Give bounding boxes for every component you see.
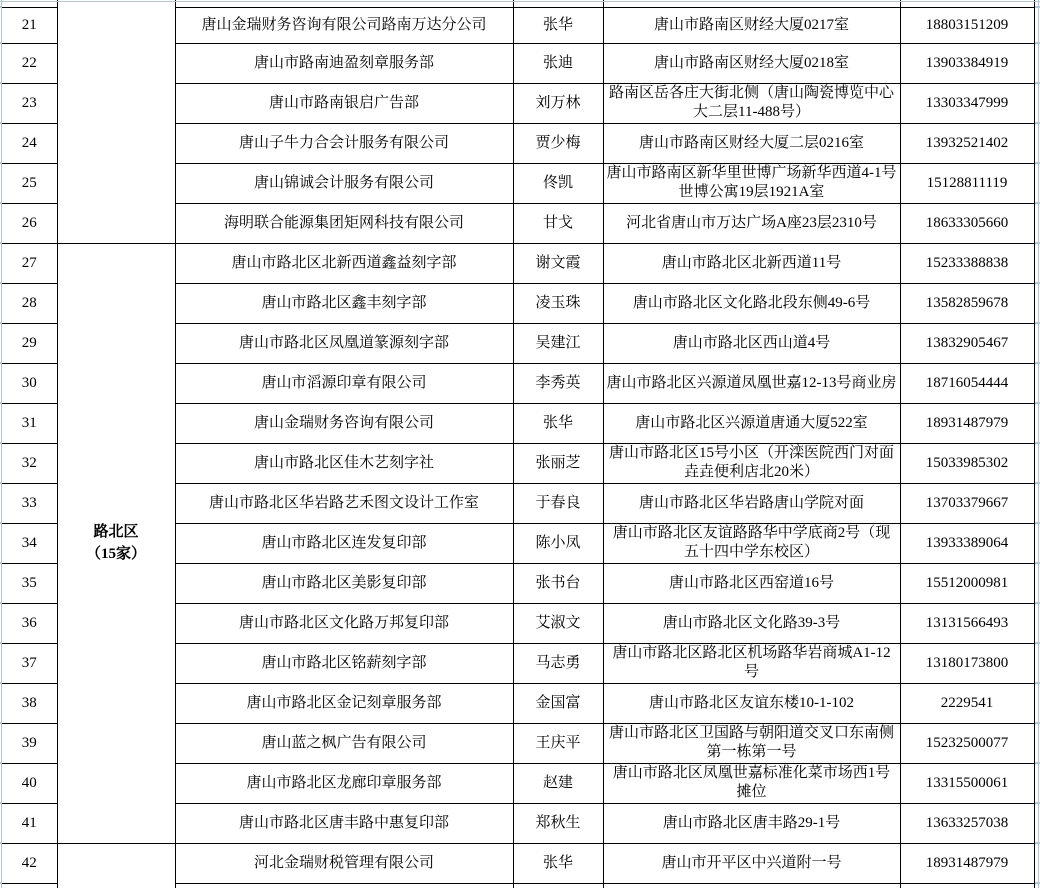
sheet-gridline-stub <box>1035 242 1040 244</box>
sheet-gridline-stub <box>1035 162 1040 164</box>
contact-name-cell: 贾少梅 <box>513 123 603 163</box>
phone-number-cell: 15128811119 <box>900 163 1034 203</box>
sheet-gridline-stub <box>1035 882 1040 884</box>
address-cell: 唐山市路北区15号小区（开滦医院西门对面垚垚便利店北20米） <box>603 443 900 483</box>
company-name-cell: 唐山市路南银启广告部 <box>175 83 513 123</box>
sheet-gridline-stub <box>0 642 2 644</box>
row-number-cell: 42 <box>2 843 57 883</box>
sheet-gridline-stub <box>1035 442 1040 444</box>
address-cell: 唐山市路北区文化路北段东侧49-6号 <box>603 283 900 323</box>
company-name-cell: 唐山市路北区佳木艺刻字社 <box>175 443 513 483</box>
district-merged-cell <box>57 843 175 888</box>
sheet-gridline-stub <box>0 562 2 564</box>
row-number-cell <box>2 883 57 888</box>
company-name-cell: 唐山金瑞财务咨询有限公司 <box>175 403 513 443</box>
company-cell <box>175 883 513 888</box>
phone-number-cell: 15232500077 <box>900 723 1034 763</box>
row-number-cell: 37 <box>2 643 57 683</box>
sheet-gridline-stub <box>1035 762 1040 764</box>
sheet-gridline-stub <box>0 802 2 804</box>
sheet-gridline-stub <box>1035 362 1040 364</box>
company-name-cell: 唐山市路北区连发复印部 <box>175 523 513 563</box>
sheet-gridline-stub <box>1035 6 1040 8</box>
phone-number-cell: 15512000981 <box>900 563 1034 603</box>
contact-name-cell: 赵建 <box>513 763 603 803</box>
phone-number-cell: 13932521402 <box>900 123 1034 163</box>
company-name-cell: 唐山市路北区龙廊印章服务部 <box>175 763 513 803</box>
contact-name-cell: 于春良 <box>513 483 603 523</box>
district-label-line2: （15家） <box>60 543 173 565</box>
address-cell: 唐山市路北区兴源道唐通大厦522室 <box>603 403 900 443</box>
district-merged-cell: 路北区（15家） <box>57 243 175 843</box>
contact-name-cell: 张书台 <box>513 563 603 603</box>
address-cell: 唐山市路北区兴源道凤凰世嘉12-13号商业房 <box>603 363 900 403</box>
address-cell: 路南区岳各庄大街北侧（唐山陶瓷博览中心大二层11-488号） <box>603 83 900 123</box>
row-number-cell: 36 <box>2 603 57 643</box>
sheet-gridline-stub <box>0 482 2 484</box>
sheet-gridline-stub <box>1035 402 1040 404</box>
row-number-cell: 40 <box>2 763 57 803</box>
sheet-gridline-stub <box>1035 482 1040 484</box>
spreadsheet-sheet: 21唐山金瑞财务咨询有限公司路南万达分公司张华唐山市路南区财经大厦0217室18… <box>0 0 1040 888</box>
company-name-cell: 河北金瑞财税管理有限公司 <box>175 843 513 883</box>
address-cell: 唐山市路北区友谊路路华中学底商2号（现五十四中学东校区） <box>603 523 900 563</box>
contact-name-cell: 甘戈 <box>513 203 603 243</box>
contact-name-cell: 李秀英 <box>513 363 603 403</box>
phone-number-cell: 13933389064 <box>900 523 1034 563</box>
address-cell: 唐山市路北区友谊东楼10-1-102 <box>603 683 900 723</box>
phone-number-cell: 2229541 <box>900 683 1034 723</box>
sheet-gridline-stub <box>0 842 2 844</box>
sheet-gridline-stub <box>1035 842 1040 844</box>
sheet-gridline-stub <box>0 42 2 44</box>
contact-cell <box>513 883 603 888</box>
company-name-cell: 唐山市路北区铭薪刻字部 <box>175 643 513 683</box>
table-row: 27路北区（15家）唐山市路北区北新西道鑫益刻字部谢文霞唐山市路北区北新西道11… <box>2 243 1034 283</box>
phone-number-cell: 13832905467 <box>900 323 1034 363</box>
contact-name-cell: 张丽芝 <box>513 443 603 483</box>
company-name-cell: 唐山子牛力合会计服务有限公司 <box>175 123 513 163</box>
contact-name-cell: 马志勇 <box>513 643 603 683</box>
sheet-gridline-stub <box>1035 722 1040 724</box>
phone-number-cell: 18716054444 <box>900 363 1034 403</box>
address-cell: 唐山市路南区财经大厦0218室 <box>603 43 900 83</box>
address-cell <box>603 883 900 888</box>
sheet-gridline-stub <box>0 242 2 244</box>
sheet-gridline-stub <box>0 322 2 324</box>
row-number-cell: 38 <box>2 683 57 723</box>
address-cell: 唐山市路北区路北区机场路华岩商城A1-12号 <box>603 643 900 683</box>
contact-name-cell: 张华 <box>513 403 603 443</box>
contact-name-cell: 张华 <box>513 843 603 883</box>
sheet-gridline-stub <box>0 602 2 604</box>
sheet-gridline-stub <box>0 682 2 684</box>
row-number-cell: 28 <box>2 283 57 323</box>
company-name-cell: 唐山市路北区文化路万邦复印部 <box>175 603 513 643</box>
contact-name-cell: 陈小凤 <box>513 523 603 563</box>
phone-number-cell: 18633305660 <box>900 203 1034 243</box>
contact-name-cell: 谢文霞 <box>513 243 603 283</box>
address-cell: 唐山市路北区文化路39-3号 <box>603 603 900 643</box>
business-registry-table: 21唐山金瑞财务咨询有限公司路南万达分公司张华唐山市路南区财经大厦0217室18… <box>2 0 1035 888</box>
sheet-gridline-stub <box>1035 82 1040 84</box>
phone-number-cell: 13131566493 <box>900 603 1034 643</box>
company-name-cell: 唐山蓝之枫广告有限公司 <box>175 723 513 763</box>
company-name-cell: 唐山金瑞财务咨询有限公司路南万达分公司 <box>175 7 513 43</box>
contact-name-cell: 凌玉珠 <box>513 283 603 323</box>
address-cell: 唐山市路北区凤凰世嘉标准化菜市场西1号摊位 <box>603 763 900 803</box>
company-name-cell: 唐山市路北区美影复印部 <box>175 563 513 603</box>
table-row: 42河北金瑞财税管理有限公司张华唐山市开平区中兴道附一号18931487979 <box>2 843 1034 883</box>
phone-number-cell: 18803151209 <box>900 7 1034 43</box>
sheet-gridline-stub <box>1035 122 1040 124</box>
sheet-gridline-right <box>1038 0 1039 888</box>
company-name-cell: 唐山市滔源印章有限公司 <box>175 363 513 403</box>
row-number-cell: 22 <box>2 43 57 83</box>
sheet-gridline-stub <box>1035 202 1040 204</box>
address-cell: 唐山市路北区西山道4号 <box>603 323 900 363</box>
contact-name-cell: 刘万林 <box>513 83 603 123</box>
row-number-cell: 32 <box>2 443 57 483</box>
contact-name-cell: 金国富 <box>513 683 603 723</box>
row-number-cell: 27 <box>2 243 57 283</box>
contact-name-cell: 佟凯 <box>513 163 603 203</box>
company-name-cell: 唐山市路北区唐丰路中惠复印部 <box>175 803 513 843</box>
sheet-gridline-stub <box>0 6 2 8</box>
company-name-cell: 唐山市路北区华岩路艺禾图文设计工作室 <box>175 483 513 523</box>
sheet-gridline-stub <box>0 442 2 444</box>
sheet-gridline-stub <box>0 162 2 164</box>
sheet-gridline-stub <box>1035 322 1040 324</box>
row-number-cell: 29 <box>2 323 57 363</box>
sheet-gridline-stub <box>0 722 2 724</box>
address-cell: 唐山市路北区唐丰路29-1号 <box>603 803 900 843</box>
row-number-cell: 23 <box>2 83 57 123</box>
row-number-cell: 39 <box>2 723 57 763</box>
phone-number-cell: 13633257038 <box>900 803 1034 843</box>
phone-number-cell: 13903384919 <box>900 43 1034 83</box>
sheet-gridline-stub <box>0 522 2 524</box>
sheet-gridline-stub <box>0 82 2 84</box>
row-number-cell: 41 <box>2 803 57 843</box>
sheet-gridline-stub <box>1035 562 1040 564</box>
sheet-gridline-stub <box>1035 682 1040 684</box>
row-number-cell: 35 <box>2 563 57 603</box>
phone-number-cell: 13180173800 <box>900 643 1034 683</box>
company-name-cell: 唐山市路北区鑫丰刻字部 <box>175 283 513 323</box>
row-number-cell: 33 <box>2 483 57 523</box>
contact-name-cell: 王庆平 <box>513 723 603 763</box>
sheet-gridline-top <box>0 1 1040 2</box>
address-cell: 唐山市路北区华岩路唐山学院对面 <box>603 483 900 523</box>
company-name-cell: 唐山市路北区金记刻章服务部 <box>175 683 513 723</box>
contact-name-cell: 张迪 <box>513 43 603 83</box>
address-cell: 唐山市路北区北新西道11号 <box>603 243 900 283</box>
row-number-cell: 30 <box>2 363 57 403</box>
sheet-gridline-stub <box>1035 642 1040 644</box>
phone-number-cell: 13303347999 <box>900 83 1034 123</box>
row-number-cell: 34 <box>2 523 57 563</box>
phone-number-cell: 13703379667 <box>900 483 1034 523</box>
row-number-cell: 25 <box>2 163 57 203</box>
sheet-gridline-stub <box>1035 42 1040 44</box>
address-cell: 唐山市开平区中兴道附一号 <box>603 843 900 883</box>
contact-name-cell: 郑秋生 <box>513 803 603 843</box>
company-name-cell: 海明联合能源集团矩网科技有限公司 <box>175 203 513 243</box>
sheet-gridline-stub <box>1035 522 1040 524</box>
sheet-gridline-stub <box>0 762 2 764</box>
district-merged-cell <box>57 0 175 243</box>
row-number-cell: 24 <box>2 123 57 163</box>
phone-number-cell: 18931487979 <box>900 843 1034 883</box>
row-number-cell: 21 <box>2 7 57 43</box>
address-cell: 唐山市路南区财经大厦0217室 <box>603 7 900 43</box>
row-number-cell: 31 <box>2 403 57 443</box>
sheet-gridline-stub <box>0 362 2 364</box>
contact-name-cell: 吴建江 <box>513 323 603 363</box>
row-number-cell: 26 <box>2 203 57 243</box>
sheet-gridline-stub <box>0 402 2 404</box>
sheet-gridline-stub <box>1035 282 1040 284</box>
sheet-gridline-left <box>1 0 2 888</box>
contact-name-cell: 艾淑文 <box>513 603 603 643</box>
company-name-cell: 唐山市路南迪盈刻章服务部 <box>175 43 513 83</box>
phone-cell <box>900 883 1034 888</box>
sheet-gridline-stub <box>0 122 2 124</box>
district-label-line1: 路北区 <box>60 521 173 543</box>
phone-number-cell: 13315500061 <box>900 763 1034 803</box>
phone-number-cell: 18931487979 <box>900 403 1034 443</box>
phone-number-cell: 15033985302 <box>900 443 1034 483</box>
address-cell: 唐山市路北区西窑道16号 <box>603 563 900 603</box>
sheet-gridline-stub <box>1035 802 1040 804</box>
company-name-cell: 唐山市路北区北新西道鑫益刻字部 <box>175 243 513 283</box>
address-cell: 唐山市路南区财经大厦二层0216室 <box>603 123 900 163</box>
company-name-cell: 唐山市路北区凤凰道篆源刻字部 <box>175 323 513 363</box>
company-name-cell: 唐山锦诚会计服务有限公司 <box>175 163 513 203</box>
sheet-gridline-stub <box>0 202 2 204</box>
phone-number-cell: 15233388838 <box>900 243 1034 283</box>
address-cell: 唐山市路北区卫国路与朝阳道交叉口东南侧第一栋第一号 <box>603 723 900 763</box>
address-cell: 河北省唐山市万达广场A座23层2310号 <box>603 203 900 243</box>
sheet-gridline-stub <box>1035 602 1040 604</box>
sheet-gridline-stub <box>0 282 2 284</box>
sheet-gridline-stub <box>0 882 2 884</box>
contact-name-cell: 张华 <box>513 7 603 43</box>
phone-number-cell: 13582859678 <box>900 283 1034 323</box>
address-cell: 唐山市路南区新华里世博广场新华西道4-1号世博公寓19层1921A室 <box>603 163 900 203</box>
